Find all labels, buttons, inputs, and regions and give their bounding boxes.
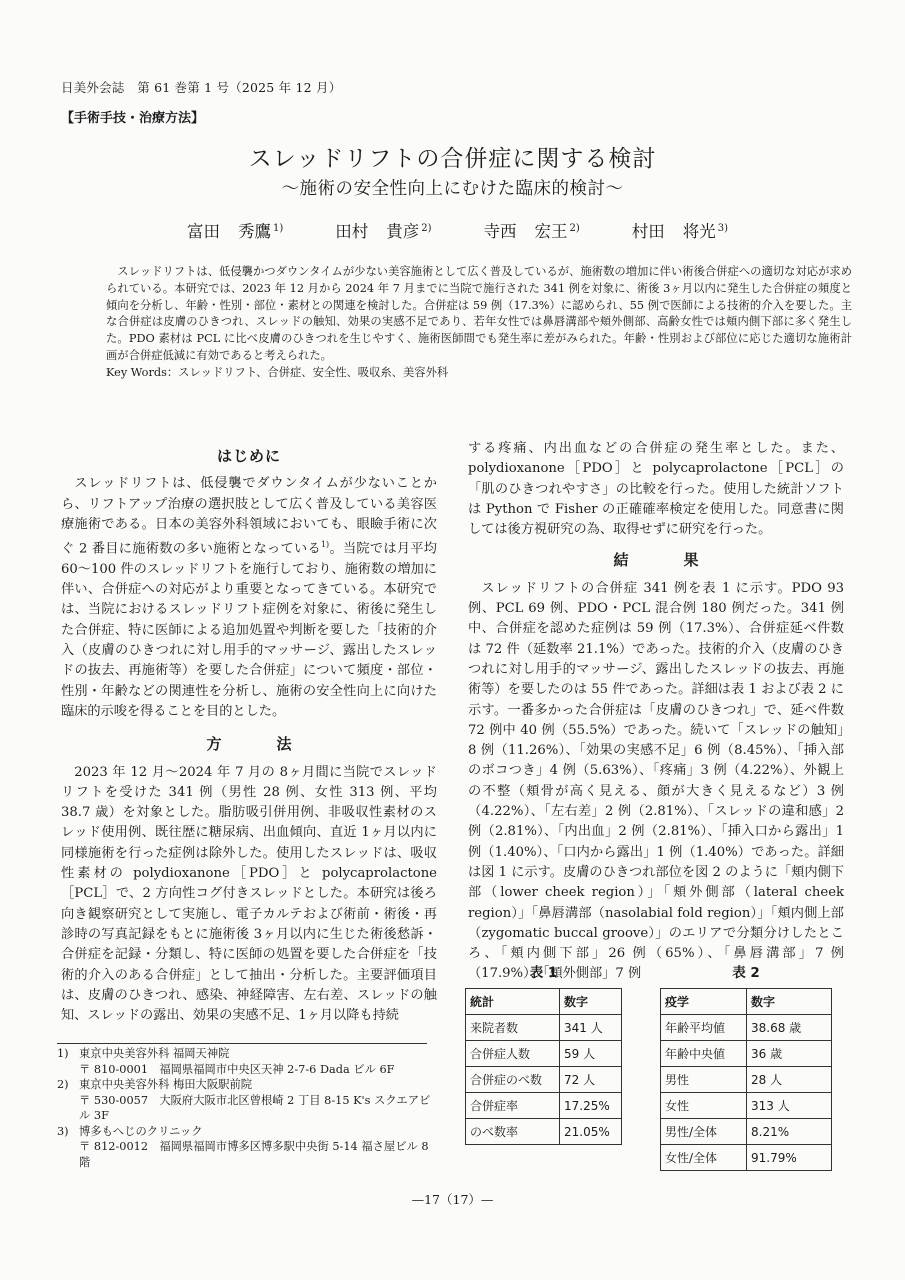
footnote: 3) 博多もへじのクリニック〒 812-0012 福岡県福岡市博多区博多駅中央街… <box>57 1124 437 1171</box>
section-heading-results: 結 果 <box>468 550 844 570</box>
footnote: 1) 東京中央美容外科 福岡天神院〒 810-0001 福岡県福岡市中央区天神 … <box>57 1046 437 1077</box>
table-cell-value: 17.25% <box>560 1093 622 1119</box>
affiliation-address: 〒 810-0001 福岡県福岡市中央区天神 2-7-6 Dada ビル 6F <box>79 1062 395 1078</box>
table-cell-label: 合併症人数 <box>466 1041 560 1067</box>
author-affiliation-ref: 2) <box>421 223 431 234</box>
keywords: Key Words：スレッドリフト、合併症、安全性、吸収糸、美容外科 <box>106 365 852 382</box>
affiliation-address: 〒 530-0057 大阪府大阪市北区曾根崎 2 丁目 8-15 K's スクエ… <box>79 1093 437 1124</box>
intro-paragraph: スレッドリフトは、低侵襲でダウンタイムが少ないことから、リフトアップ治療の選択肢… <box>61 474 437 722</box>
table-header-cell: 疫学 <box>661 989 747 1015</box>
affiliation-name: 東京中央美容外科 福岡天神院 <box>79 1046 395 1062</box>
footnote-number: 2) <box>57 1077 79 1124</box>
author-given-name: 貴彦 <box>386 222 419 241</box>
table-cell-label: 男性/全体 <box>661 1119 747 1145</box>
table-cell-label: 年齢平均値 <box>661 1015 747 1041</box>
author-family-name: 田村 <box>335 222 368 241</box>
table-row: のべ数率21.05% <box>466 1119 622 1145</box>
article-subtitle: ～施術の安全性向上にむけた臨床的検討～ <box>0 175 905 200</box>
abstract: スレッドリフトは、低侵襲かつダウンタイムが少ない美容施術として広く普及しているが… <box>106 264 852 382</box>
methods-paragraph: 2023 年 12 月～2024 年 7 月の 8ヶ月間に当院でスレッドリフトを… <box>61 763 437 1027</box>
intro-text-cont: 。当院では月平均 60～100 件のスレッドリフトを施行しており、施術数の増加に… <box>61 542 437 719</box>
abstract-text: スレッドリフトは、低侵襲かつダウンタイムが少ない美容施術として広く普及しているが… <box>106 264 852 365</box>
table-row: 年齢中央値36 歳 <box>661 1041 832 1067</box>
table-cell-label: のべ数率 <box>466 1119 560 1145</box>
table-header-row: 統計 数字 <box>466 989 622 1015</box>
table-row: 女性313 人 <box>661 1093 832 1119</box>
author-family-name: 村田 <box>632 222 665 241</box>
table-header-cell: 数字 <box>747 989 832 1015</box>
table-caption: 表 1 <box>465 961 622 981</box>
table-row: 合併症のべ数72 人 <box>466 1067 622 1093</box>
table-cell-value: 313 人 <box>747 1093 832 1119</box>
author: 村田将光3) <box>632 218 728 242</box>
table-cell-label: 合併症率 <box>466 1093 560 1119</box>
table-row: 年齢平均値38.68 歳 <box>661 1015 832 1041</box>
left-column: はじめに スレッドリフトは、低侵襲でダウンタイムが少ないことから、リフトアップ治… <box>61 440 437 1026</box>
table-cell-label: 来院者数 <box>466 1015 560 1041</box>
affiliation-address: 〒 812-0012 福岡県福岡市博多区博多駅中央街 5-14 福さ屋ビル 8 … <box>79 1139 437 1170</box>
article-category: 【手術手技・治療方法】 <box>61 107 204 126</box>
table-cell-value: 21.05% <box>560 1119 622 1145</box>
table-header-row: 疫学 数字 <box>661 989 832 1015</box>
journal-citation: 日美外会誌 第 61 巻第 1 号（2025 年 12 月） <box>61 78 341 96</box>
affiliation-name: 博多もへじのクリニック <box>79 1124 437 1140</box>
table-cell-value: 91.79% <box>747 1145 832 1171</box>
section-heading-intro: はじめに <box>61 446 437 466</box>
table-cell-label: 女性 <box>661 1093 747 1119</box>
section-heading-methods: 方 法 <box>61 734 437 754</box>
table-row: 女性/全体91.79% <box>661 1145 832 1171</box>
author-affiliation-ref: 3) <box>718 223 728 234</box>
table-caption: 表 2 <box>660 961 832 981</box>
table-header-cell: 統計 <box>466 989 560 1015</box>
table-cell-label: 年齢中央値 <box>661 1041 747 1067</box>
results-paragraph: スレッドリフトの合併症 341 例を表 1 に示す。PDO 93 例、PCL 6… <box>468 579 844 985</box>
table-1: 表 1 統計 数字 来院者数341 人 合併症人数59 人 合併症のべ数72 人… <box>465 961 622 1145</box>
footnote-divider <box>57 1043 427 1044</box>
keywords-list: スレッドリフト、合併症、安全性、吸収糸、美容外科 <box>178 366 448 379</box>
author-affiliation-ref: 1) <box>273 223 283 234</box>
footnote-number: 1) <box>57 1046 79 1077</box>
affiliation-name: 東京中央美容外科 梅田大阪駅前院 <box>79 1077 437 1093</box>
methods-paragraph-cont: する疼痛、内出血などの合併症の発生率とした。また、polydioxanone［P… <box>468 439 844 540</box>
reference-marker: 1) <box>321 540 329 549</box>
table-row: 合併症率17.25% <box>466 1093 622 1119</box>
table-row: 男性28 人 <box>661 1067 832 1093</box>
table-cell-value: 59 人 <box>560 1041 622 1067</box>
affiliation-footnotes: 1) 東京中央美容外科 福岡天神院〒 810-0001 福岡県福岡市中央区天神 … <box>57 1046 437 1170</box>
footnote-number: 3) <box>57 1124 79 1171</box>
page-number: —17（17）— <box>0 1190 905 1208</box>
author-given-name: 秀鷹 <box>238 222 271 241</box>
table-cell-value: 28 人 <box>747 1067 832 1093</box>
author: 富田秀鷹1) <box>187 218 283 242</box>
table-cell-value: 36 歳 <box>747 1041 832 1067</box>
table-row: 合併症人数59 人 <box>466 1041 622 1067</box>
table-cell-label: 女性/全体 <box>661 1145 747 1171</box>
table-cell-value: 341 人 <box>560 1015 622 1041</box>
table-2-grid: 疫学 数字 年齢平均値38.68 歳 年齢中央値36 歳 男性28 人 女性31… <box>660 988 832 1171</box>
author-family-name: 寺西 <box>484 222 517 241</box>
author-affiliation-ref: 2) <box>570 223 580 234</box>
table-row: 来院者数341 人 <box>466 1015 622 1041</box>
table-cell-label: 合併症のべ数 <box>466 1067 560 1093</box>
footnote: 2) 東京中央美容外科 梅田大阪駅前院〒 530-0057 大阪府大阪市北区曾根… <box>57 1077 437 1124</box>
table-cell-label: 男性 <box>661 1067 747 1093</box>
author-given-name: 宏王 <box>535 222 568 241</box>
table-2: 表 2 疫学 数字 年齢平均値38.68 歳 年齢中央値36 歳 男性28 人 … <box>660 961 832 1171</box>
article-title: スレッドリフトの合併症に関する検討 <box>0 140 905 173</box>
table-row: 男性/全体8.21% <box>661 1119 832 1145</box>
table-1-grid: 統計 数字 来院者数341 人 合併症人数59 人 合併症のべ数72 人 合併症… <box>465 988 622 1145</box>
table-cell-value: 38.68 歳 <box>747 1015 832 1041</box>
table-cell-value: 72 人 <box>560 1067 622 1093</box>
keywords-label: Key Words： <box>106 366 178 379</box>
right-column: する疼痛、内出血などの合併症の発生率とした。また、polydioxanone［P… <box>468 439 844 985</box>
author-list: 富田秀鷹1) 田村貴彦2) 寺西宏王2) 村田将光3) <box>0 218 905 242</box>
table-cell-value: 8.21% <box>747 1119 832 1145</box>
author-family-name: 富田 <box>187 222 220 241</box>
table-header-cell: 数字 <box>560 989 622 1015</box>
author: 寺西宏王2) <box>484 218 580 242</box>
author: 田村貴彦2) <box>335 218 431 242</box>
author-given-name: 将光 <box>683 222 716 241</box>
